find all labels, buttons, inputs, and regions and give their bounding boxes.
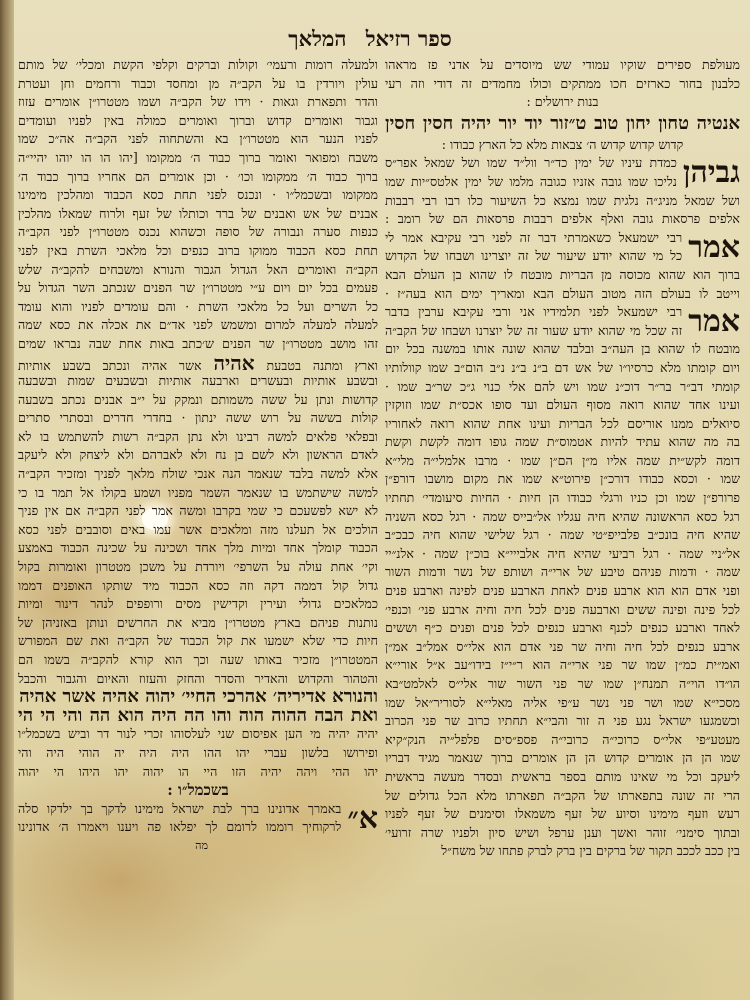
text-line: המטטרו״ן מזכיר באותו שעה וכך הוא קורא לה… bbox=[18, 651, 378, 670]
text-fragment: אשר אהיה ונכתב בשבע אותיות bbox=[18, 358, 202, 373]
text-line: הו״דו הוי״ה תמנח״ן שמו שר פני השור שור א… bbox=[385, 675, 740, 694]
manuscript-page: ספר רזיאל המלאך מעולפת ספירים שוקיו עמוד… bbox=[0, 0, 750, 1000]
text-line: הרי זה שונה בתפארתו של הקב״ה תפארתו מלא … bbox=[385, 787, 740, 806]
text-line: דומה לקש״ית שמה אליו מ״ן הם״ן שמו · מרבו… bbox=[385, 452, 740, 471]
text-line: ופני אדם הוא הוא ארבע פנים לאחת הארבע פנ… bbox=[385, 582, 740, 601]
divine-names-line: ואת הבה ההוה הוה והו הה היה הוא הה והי ה… bbox=[18, 707, 378, 726]
text-line: קדושות ונתן על ששה משמותם ונמקק על י״ב א… bbox=[18, 391, 378, 410]
text-line: לפניו הנער הוא מטטרו״ן בא והשתחוה לפני ה… bbox=[18, 130, 378, 149]
text-line: זה שכל מי שהוא יודע שעור זה של יוצרנו וש… bbox=[385, 322, 682, 341]
binding-edge bbox=[0, 0, 14, 1000]
text-line: מעולפת ספירים שוקיו עמודי שש מיוסדים על … bbox=[385, 56, 740, 75]
text-line: ממקומו ובשכמל״ו · ונכנס לפני תחת כסא הכב… bbox=[18, 186, 378, 205]
text-line: למשה שישתמש בו שנאמר השמר מפניו ושמע בקו… bbox=[18, 484, 378, 503]
text-line: בנות ירושלים : bbox=[385, 93, 740, 112]
text-line: שהיא חיה בונכ״ב פלבייפ״טי שמה · רגל שליש… bbox=[385, 526, 740, 545]
text-line: לאחד וארבע כנפים לכנף וארבע כנפים לכל פנ… bbox=[385, 619, 740, 638]
text-line: כנפות סערה ונבורה של סופה וכשהוא נכנס מט… bbox=[18, 223, 378, 242]
text-line: רגל כסא הראשונה שהיא חיה עגליו אל״בייס ש… bbox=[385, 508, 740, 527]
text-line: וקי׳ אחת עולה על השרפי׳ ויורדת על משכן מ… bbox=[18, 558, 378, 577]
text-line: ובשבע אותיות ובעשרים וארבעה אותיות ובשבע… bbox=[18, 372, 378, 391]
text-line: וכשמגעו ישראל נגע פני ה זור והבי״א תחתיו… bbox=[385, 712, 740, 731]
text-line: אבנים של אש ואבנים של ברד וכותלו של זעף … bbox=[18, 205, 378, 224]
text-line: כל השרים ועל כל מלאכי השרת · והם עומדים … bbox=[18, 298, 378, 317]
text-line: והטהור והקדוש והאדיר והסדר והחזק והעזוז … bbox=[18, 670, 378, 689]
text-line: ועינו אחד שהוא רואה מסוף העולם ועד סופו … bbox=[385, 396, 740, 415]
text-line: לכל פינה ופינה ששים וארבעה פנים לכל חיה … bbox=[385, 601, 740, 620]
text-line: יהיה יהיה מי הען אפיסום שני לעלסוהו זכרי… bbox=[18, 725, 378, 744]
text-line: רבי ישמעאל כשאמרתי דבר זה לפני רבי עקיבא… bbox=[385, 229, 682, 248]
text-line: מובטח לו שהוא בן העה״ב ובלבד שהוא שונה א… bbox=[385, 340, 740, 359]
running-head: ספר רזיאל המלאך bbox=[230, 26, 510, 54]
text-line: רבי ישמעאל לפני תלמידיו אני ורבי עקיבא ע… bbox=[385, 303, 682, 322]
initial-word: אמר bbox=[688, 231, 740, 265]
divine-name-ehyeh: אהיה bbox=[213, 354, 254, 373]
section-amar-2: אמר רבי ישמעאל לפני תלמידיו אני ורבי עקי… bbox=[385, 303, 740, 861]
text-line: ולמעלה רומות ורעמי׳ וקולות וברקים וקלפי … bbox=[18, 56, 378, 75]
text-line: יהו ההי ויהה יהיה הזו היי הו יהוה יהו הי… bbox=[18, 763, 378, 782]
text-line: אלפים פרסאות גובה ואלף אלפים רבבות פרסאו… bbox=[385, 210, 740, 229]
text-line: ארבע כנפים לכל חיה וחיה שר פני אדם הוא א… bbox=[385, 638, 740, 657]
text-line: והדר ותפארת וגאות · וידו של הקב״ה ושמו מ… bbox=[18, 93, 378, 112]
text-line: וגבור ואומרים קדוש וברוך ואומרים כמולה ב… bbox=[18, 112, 378, 131]
text-line: כל מי שהוא יודע שיעור של זה יוצרינו ושבח… bbox=[385, 247, 682, 266]
text-line: ויום קומתו מלא כרסיו״ו של אש דם ב״נ ב״נ … bbox=[385, 359, 740, 378]
text-line: למעלה למעלה למרום ומשמש לפני אד״ם את אכל… bbox=[18, 316, 378, 335]
text-line: ושל שמאל מניג״ה נלגית שמו נמצא כל השיעור… bbox=[385, 192, 740, 211]
text-line: זהו מושב מטטרו״ן שר הפנים ש׳כתב באות אחת… bbox=[18, 335, 378, 354]
text-line: אלא למשה בלבד שנאמר הנה אנכי שולח מלאך ל… bbox=[18, 465, 378, 484]
right-column: מעולפת ספירים שוקיו עמודי שש מיוסדים על … bbox=[385, 56, 740, 861]
catchword: מה bbox=[18, 837, 378, 856]
text-line: גדול קול דממה דקה וזה כסא הכבוד מיד שותק… bbox=[18, 577, 378, 596]
text-line: וייטב לו בעולם הזה מטוב העולם הבא ומאריך… bbox=[385, 285, 740, 304]
text-line: ופירושו בלשון עברי יהו ההו היה היה יה הו… bbox=[18, 744, 378, 763]
text-line: הכבוד קומלך אחד ומיות מלך אחד ושכינה על … bbox=[18, 539, 378, 558]
text-line: אל״ניי שמה · רגל רביעי שהיא חיה אלבייי״א… bbox=[385, 545, 740, 564]
text-line: בין ככב לככב תקור של ברקים בין ברק לברק … bbox=[385, 842, 740, 861]
text-line: לא ישא לפשעכם כי שמי בקרבו ומשה אמר לפני… bbox=[18, 502, 378, 521]
text-line: רעש וזעף מימינו וסיוע של זעף משמאלו וסימ… bbox=[385, 805, 740, 824]
text-line: מסכי״א שמו ושר פני נשר ע״פי אליה מאלי״א … bbox=[385, 694, 740, 713]
text-line: לרקוחיך רוממו לרומם לך יפלאו פה ויענו וי… bbox=[18, 818, 341, 837]
book-subtitle: המלאך bbox=[288, 26, 346, 51]
text-line: ליעקב וכל מי שאינו מותם בספר בראשית ובסד… bbox=[385, 768, 740, 787]
text-line: נליכו שמו גובה אזניו כגובה מלמו של ימין … bbox=[385, 173, 677, 192]
final-paragraph: א״ באמרך אדונינו ברך לבת ישראל מימינו לד… bbox=[18, 800, 378, 837]
text-line: תחת כסא הכבוד ממוקו ברוב כנפים וכל מלאכי… bbox=[18, 242, 378, 261]
text-line: ואמ״ית כמ״ן שמו שר פני ארי״ה הוא ר״י״ז ב… bbox=[385, 656, 740, 675]
text-line: מעטע״פי אלי״ס כרוכי״ה כרובי״ה פספ״סים פל… bbox=[385, 731, 740, 750]
text-line: הקב״ה ואומרים האל הגדול הגבור והנורא ומש… bbox=[18, 261, 378, 280]
text-line: פרורפ״ן שמו וכן כניו ורגלי כבודו הן חיות… bbox=[385, 489, 740, 508]
ehyeh-line: וארץ ומתנה בטבעת אהיה אשר אהיה ונכתב בשב… bbox=[18, 354, 378, 373]
section-gavhan: גביהן כמדת עיניו של ימין כד״ר וול״ד שמו … bbox=[385, 154, 740, 228]
text-fragment: וארץ ומתנה בטבעת bbox=[266, 358, 378, 373]
text-line: ובפלאי פלאים למשה רבינו ולא נתן הקב״ה רש… bbox=[18, 428, 378, 447]
text-line: משבח ומפואר ואומר ברוך כבוד ה׳ ממקומו [י… bbox=[18, 149, 378, 168]
text-line: ובתוך סימני׳ זוהר ואשך וענן ערפל ושיש סי… bbox=[385, 824, 740, 843]
text-line: בה מה שהוא עתיד להיות אטמוס״ת שמה גופו ד… bbox=[385, 433, 740, 452]
text-line: חיות כדי שלא ישמעו את קול הכבוד של הקב״ה… bbox=[18, 632, 378, 651]
left-column: ולמעלה רומות ורעמי׳ וקולות וברקים וקלפי … bbox=[18, 56, 378, 856]
text-line: כמדת עיניו של ימין כד״ר וול״ד שמו ושל שמ… bbox=[385, 154, 677, 173]
text-line: קומתי דב״ר בר״ר דוכ״נ שמו ויש להם אלי כנ… bbox=[385, 378, 740, 397]
text-line: פעמים בכל יום ויום ע״י מטטרו״ן שר הפנים … bbox=[18, 279, 378, 298]
text-line: לאדם הראשון ולא לשם בן נח ולא לאברהם ולא… bbox=[18, 446, 378, 465]
text-line: באמרך אדונינו ברך לבת ישראל מימינו לדקך … bbox=[18, 800, 341, 819]
text-line: שמו הן הן אומרים קדוש הן הן אומרים ברוך … bbox=[385, 749, 740, 768]
text-line: נותנות פניהם בארץ מטטרו״ן מביא את החרשים… bbox=[18, 614, 378, 633]
closing-formula: בשכמל״ו : bbox=[18, 781, 378, 800]
text-line: ברוך כבוד ה׳ ממקומו וכו׳ · וכן אומרים הם… bbox=[18, 168, 378, 187]
text-line: שמה · ודמות פניהם טיבע של ארי״ה ושותפ של… bbox=[385, 563, 740, 582]
text-line: שמו · וכסא כבודו דורכ״ן פירוט״א שמו את מ… bbox=[385, 470, 740, 489]
initial-word: אמר bbox=[688, 305, 740, 339]
initial-word: א״ bbox=[347, 802, 378, 836]
book-title: ספר רזיאל bbox=[366, 26, 452, 51]
names-heading: אנטיה טחון יחון טוב ט״זור יוד יור יהיה ח… bbox=[385, 112, 740, 136]
divine-names-line: והנורא אדיריה׳ אהרכי החיי׳ יהוה אהיה אשר… bbox=[18, 688, 378, 707]
initial-word: גביהן bbox=[683, 156, 740, 190]
text-line: הולכים אל תעלנו מזה ומלאכים אשר עמו באים… bbox=[18, 521, 378, 540]
text-line: עולין ויורדין בו על הקב״ה מן ומחסד וכבוד… bbox=[18, 75, 378, 94]
text-line: קולות בששה על רוש ששה ינתון · בחדרי חדרי… bbox=[18, 409, 378, 428]
text-line: כמלאכים גדולי ועירין וקדישין מסים ורופפי… bbox=[18, 595, 378, 614]
kadosh-line: קדוש קדוש קדוש ה׳ צבאות מלא כל הארץ כבוד… bbox=[385, 136, 740, 155]
text-line: כלבנון בחור כארזים חכו ממתקים וכולו מחמד… bbox=[385, 75, 740, 94]
section-amar-1: אמר רבי ישמעאל כשאמרתי דבר זה לפני רבי ע… bbox=[385, 229, 740, 303]
text-line: ברוך הוא שהוא מכוסה מן הבריות מובטח לו ש… bbox=[385, 266, 740, 285]
text-line: סיואלים ממנו אוריסם לכל הבריות ועינו אחת… bbox=[385, 415, 740, 434]
